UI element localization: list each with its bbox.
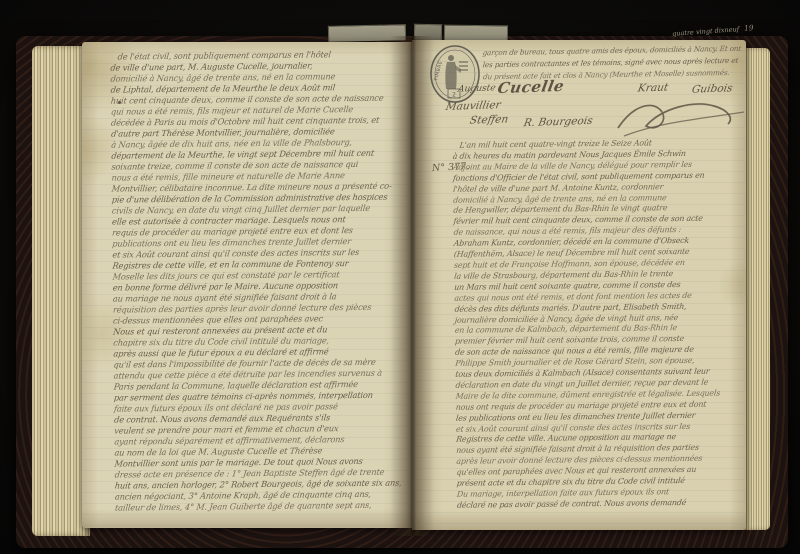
- signature-cucelle: Cucelle: [496, 77, 566, 97]
- register-book: quatre vingt dixneuf19 de l'état civil, …: [16, 36, 788, 548]
- scanned-register-photo: quatre vingt dixneuf19 de l'état civil, …: [0, 0, 800, 554]
- stamp-value: 2: [452, 92, 456, 99]
- right-page-text: L'an mil huit cent quatre-vingt treize l…: [452, 137, 747, 511]
- bookmark-tab-right: [444, 25, 508, 42]
- bookmark-tab-left: [328, 24, 406, 42]
- right-page: 2 TIMBRE garçon de bureau, tous quatre a…: [412, 40, 746, 530]
- folio-number: 19: [744, 23, 754, 33]
- signature-mauvillier: Mauvillier: [445, 99, 502, 113]
- bookmark-tab-middle: [414, 24, 442, 40]
- signature-auguste: Auguste: [457, 83, 496, 94]
- left-page: de l'état civil, sont publiquement compa…: [82, 42, 412, 528]
- left-page-text: de l'état civil, sont publiquement compa…: [110, 48, 413, 513]
- closing-lines-text: garçon de bureau, tous quatre amis des é…: [482, 43, 745, 84]
- signature-steffen: Steffen: [469, 113, 509, 126]
- signature-bourgeois: R. Bourgeois: [523, 115, 594, 129]
- timbre-revenue-stamp-icon: 2 TIMBRE: [428, 43, 482, 107]
